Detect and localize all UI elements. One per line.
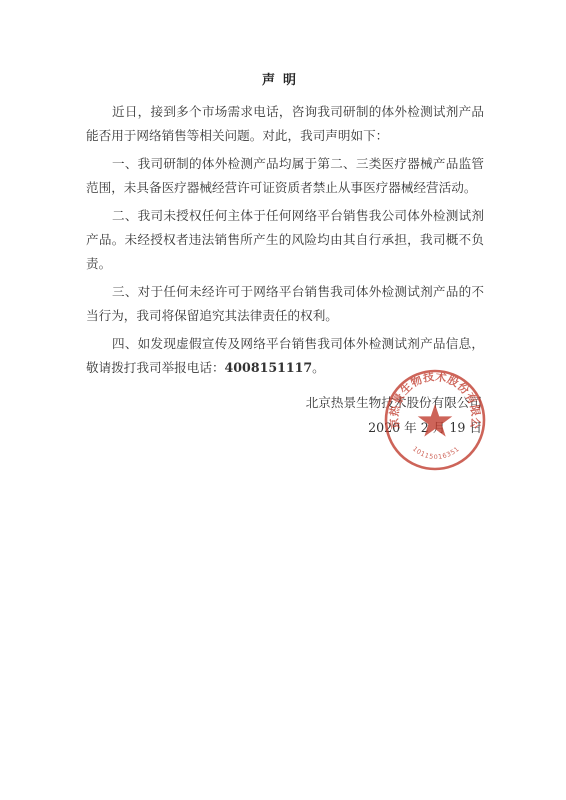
company-seal-icon: 北京热景生物技术股份有限公司 1101150163510 [383, 368, 487, 472]
document-title: 声明 [0, 72, 566, 90]
document-page: 声明 近日，接到多个市场需求电话，咨询我司研制的体外检测试剂产品能否用于网络销售… [0, 0, 566, 800]
hotline-number: 4008151117 [225, 360, 313, 375]
document-body: 近日，接到多个市场需求电话，咨询我司研制的体外检测试剂产品能否用于网络销售等相关… [86, 100, 484, 384]
paragraph-intro: 近日，接到多个市场需求电话，咨询我司研制的体外检测试剂产品能否用于网络销售等相关… [86, 100, 484, 148]
paragraph-item-2: 二、我司未授权任何主体于任何网络平台销售我公司体外检测试剂产品。未经授权者违法销… [86, 204, 484, 276]
paragraph-item-3: 三、对于任何未经许可于网络平台销售我司体外检测试剂产品的不当行为，我司将保留追究… [86, 280, 484, 328]
paragraph-item-4-end: 。 [312, 360, 325, 375]
paragraph-item-1: 一、我司研制的体外检测产品均属于第二、三类医疗器械产品监管范围，未具备医疗器械经… [86, 152, 484, 200]
